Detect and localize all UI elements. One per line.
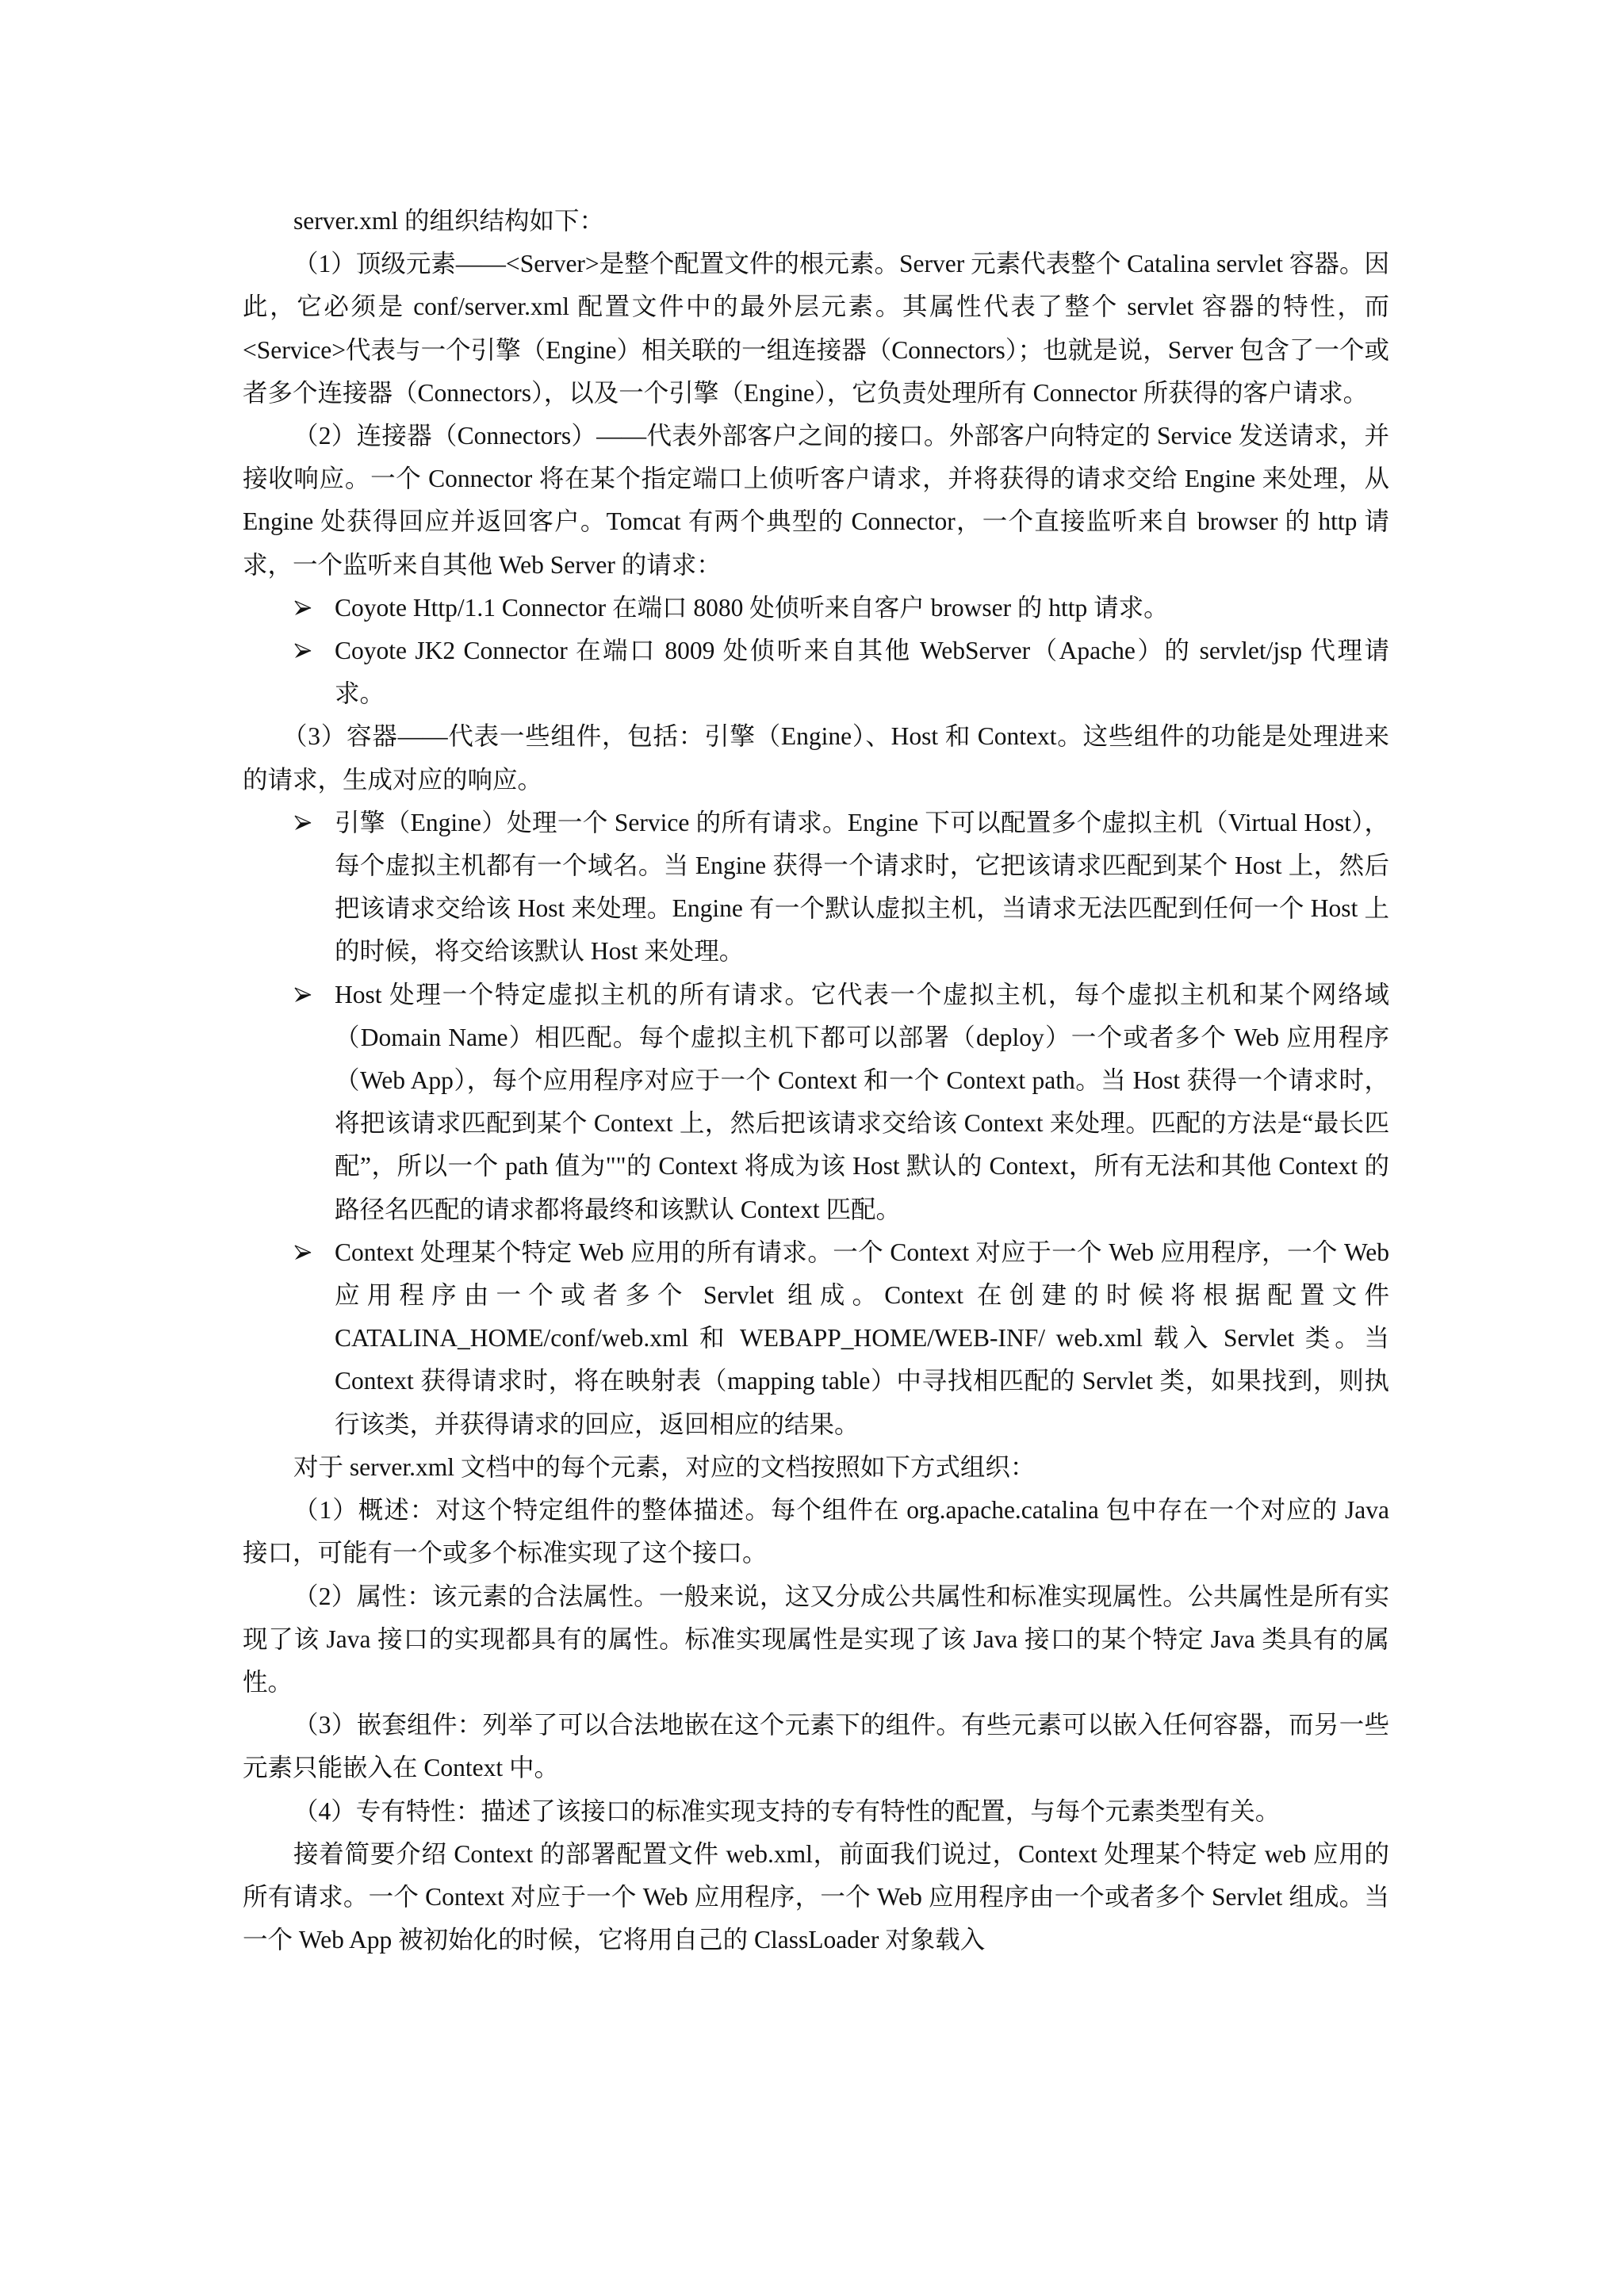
doc-org-attributes: （2）属性：该元素的合法属性。一般来说，这又分成公共属性和标准实现属性。公共属性… <box>243 1575 1389 1705</box>
document-page: server.xml 的组织结构如下： （1）顶级元素——<Server>是整个… <box>243 200 1389 1961</box>
doc-org-nested-components: （3）嵌套组件：列举了可以合法地嵌在这个元素下的组件。有些元素可以嵌入任何容器，… <box>243 1704 1389 1789</box>
doc-org-intro: 对于 server.xml 文档中的每个元素，对应的文档按照如下方式组织： <box>243 1446 1389 1489</box>
bullet-item: Host 处理一个特定虚拟主机的所有请求。它代表一个虚拟主机，每个虚拟主机和某个… <box>243 974 1389 1231</box>
closing-paragraph: 接着简要介绍 Context 的部署配置文件 web.xml，前面我们说过，Co… <box>243 1833 1389 1962</box>
doc-org-special-features: （4）专有特性：描述了该接口的标准实现支持的专有特性的配置，与每个元素类型有关。 <box>243 1790 1389 1833</box>
section-connectors: （2）连接器（Connectors）——代表外部客户之间的接口。外部客户向特定的… <box>243 415 1389 587</box>
section-containers: （3）容器——代表一些组件，包括：引擎（Engine）、Host 和 Conte… <box>243 715 1389 801</box>
bullet-item: Coyote JK2 Connector 在端口 8009 处侦听来自其他 We… <box>243 629 1389 715</box>
bullet-text: 引擎（Engine）处理一个 Service 的所有请求。Engine 下可以配… <box>335 809 1389 966</box>
arrow-bullet-icon <box>293 587 317 629</box>
section-top-level: （1）顶级元素——<Server>是整个配置文件的根元素。Server 元素代表… <box>243 243 1389 415</box>
bullet-text: Host 处理一个特定虚拟主机的所有请求。它代表一个虚拟主机，每个虚拟主机和某个… <box>335 981 1389 1223</box>
arrow-bullet-icon <box>293 802 317 844</box>
arrow-bullet-icon <box>293 629 317 672</box>
bullet-item: 引擎（Engine）处理一个 Service 的所有请求。Engine 下可以配… <box>243 802 1389 974</box>
bullet-text: Coyote JK2 Connector 在端口 8009 处侦听来自其他 We… <box>335 637 1389 707</box>
doc-org-overview: （1）概述：对这个特定组件的整体描述。每个组件在 org.apache.cata… <box>243 1489 1389 1575</box>
bullet-text: Coyote Http/1.1 Connector 在端口 8080 处侦听来自… <box>335 594 1169 622</box>
bullet-item: Context 处理某个特定 Web 应用的所有请求。一个 Context 对应… <box>243 1231 1389 1446</box>
bullet-text: Context 处理某个特定 Web 应用的所有请求。一个 Context 对应… <box>335 1238 1389 1438</box>
arrow-bullet-icon <box>293 1231 317 1274</box>
intro-paragraph: server.xml 的组织结构如下： <box>243 200 1389 243</box>
bullet-item: Coyote Http/1.1 Connector 在端口 8080 处侦听来自… <box>243 587 1389 629</box>
arrow-bullet-icon <box>293 974 317 1016</box>
